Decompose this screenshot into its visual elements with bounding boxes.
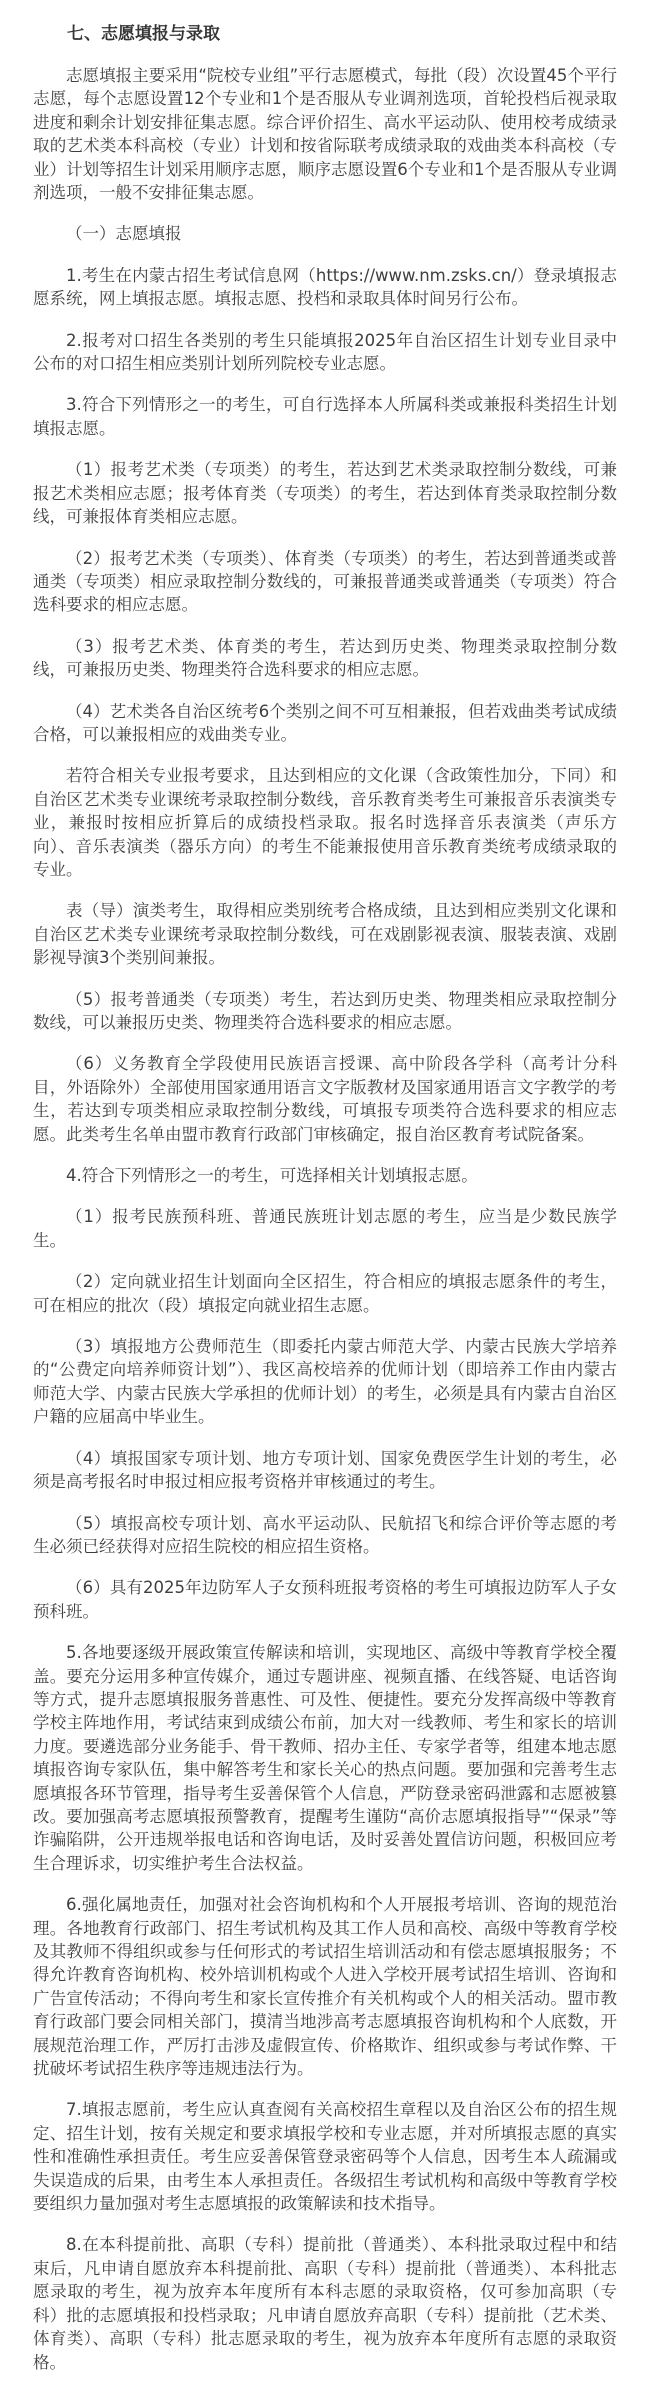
paragraph-item-3-4: （4）艺术类各自治区统考6个类别之间不可互相兼报，但若戏曲类考试成绩合格，可以兼… <box>33 700 617 747</box>
paragraph-item-3-6: （6）义务教育全学段使用民族语言授课、高中阶段各学科（高考计分科目，外语除外）全… <box>33 1052 617 1146</box>
paragraph-item-7: 7.填报志愿前，考生应认真查阅有关高校招生章程以及自治区公布的招生规定、招生计划… <box>33 2098 617 2215</box>
subsection-heading-volunteer-filling: （一）志愿填报 <box>33 222 617 245</box>
paragraph-item-3-2: （2）报考艺术类（专项类）、体育类（专项类）的考生，若达到普通类或普通类（专项类… <box>33 547 617 617</box>
document-body: 七、志愿填报与录取 志愿填报主要采用“院校专业组”平行志愿模式，每批（段）次设置… <box>0 0 650 2398</box>
paragraph-item-1: 1.考生在内蒙古招生考试信息网（https://www.nm.zsks.cn/）… <box>33 264 617 311</box>
paragraph-item-4: 4.符合下列情形之一的考生，可选择相关计划填报志愿。 <box>33 1164 617 1187</box>
paragraph-item-2: 2.报考对口招生各类别的考生只能填报2025年自治区招生计划专业目录中公布的对口… <box>33 329 617 376</box>
paragraph-item-5: 5.各地要逐级开展政策宣传解读和培训，实现地区、高级中等教育学校全覆盖。要充分运… <box>33 1641 617 1875</box>
paragraph-item-4-1: （1）报考民族预科班、普通民族班计划志愿的考生，应当是少数民族学生。 <box>33 1205 617 1252</box>
paragraph-item-4-4: （4）填报国家专项计划、地方专项计划、国家免费医学生计划的考生，必须是高考报名时… <box>33 1447 617 1494</box>
paragraph-item-3-3: （3）报考艺术类、体育类的考生，若达到历史类、物理类录取控制分数线，可兼报历史类… <box>33 635 617 682</box>
paragraph-item-3: 3.符合下列情形之一的考生，可自行选择本人所属科类或兼报科类招生计划填报志愿。 <box>33 393 617 440</box>
section-heading: 七、志愿填报与录取 <box>33 22 617 46</box>
paragraph-item-4-3: （3）填报地方公费师范生（即委托内蒙古师范大学、内蒙古民族大学培养的“公费定向培… <box>33 1335 617 1429</box>
paragraph-item-6: 6.强化属地责任，加强对社会咨询机构和个人开展报考培训、咨询的规范治理。各地教育… <box>33 1893 617 2080</box>
paragraph-item-3-4-note-2: 表（导）演类考生，取得相应类别统考合格成绩，且达到相应类别文化课和自治区艺术类专… <box>33 899 617 969</box>
paragraph-item-4-6: （6）具有2025年边防军人子女预科班报考资格的考生可填报边防军人子女预科班。 <box>33 1576 617 1623</box>
paragraph-item-8: 8.在本科提前批、高职（专科）提前批（普通类）、本科批录取过程中和结束后，凡申请… <box>33 2233 617 2373</box>
paragraph-item-4-5: （5）填报高校专项计划、高水平运动队、民航招飞和综合评价等志愿的考生必须已经获得… <box>33 1512 617 1559</box>
paragraph-item-3-4-note-1: 若符合相关专业报考要求，且达到相应的文化课（含政策性加分，下同）和自治区艺术类专… <box>33 764 617 881</box>
paragraph-item-3-5: （5）报考普通类（专项类）考生，若达到历史类、物理类相应录取控制分数线，可以兼报… <box>33 988 617 1035</box>
paragraph-item-4-2: （2）定向就业招生计划面向全区招生，符合相应的填报志愿条件的考生，可在相应的批次… <box>33 1270 617 1317</box>
paragraph-intro: 志愿填报主要采用“院校专业组”平行志愿模式，每批（段）次设置45个平行志愿，每个… <box>33 64 617 204</box>
paragraph-item-3-1: （1）报考艺术类（专项类）的考生，若达到艺术类录取控制分数线，可兼报艺术类相应志… <box>33 458 617 528</box>
